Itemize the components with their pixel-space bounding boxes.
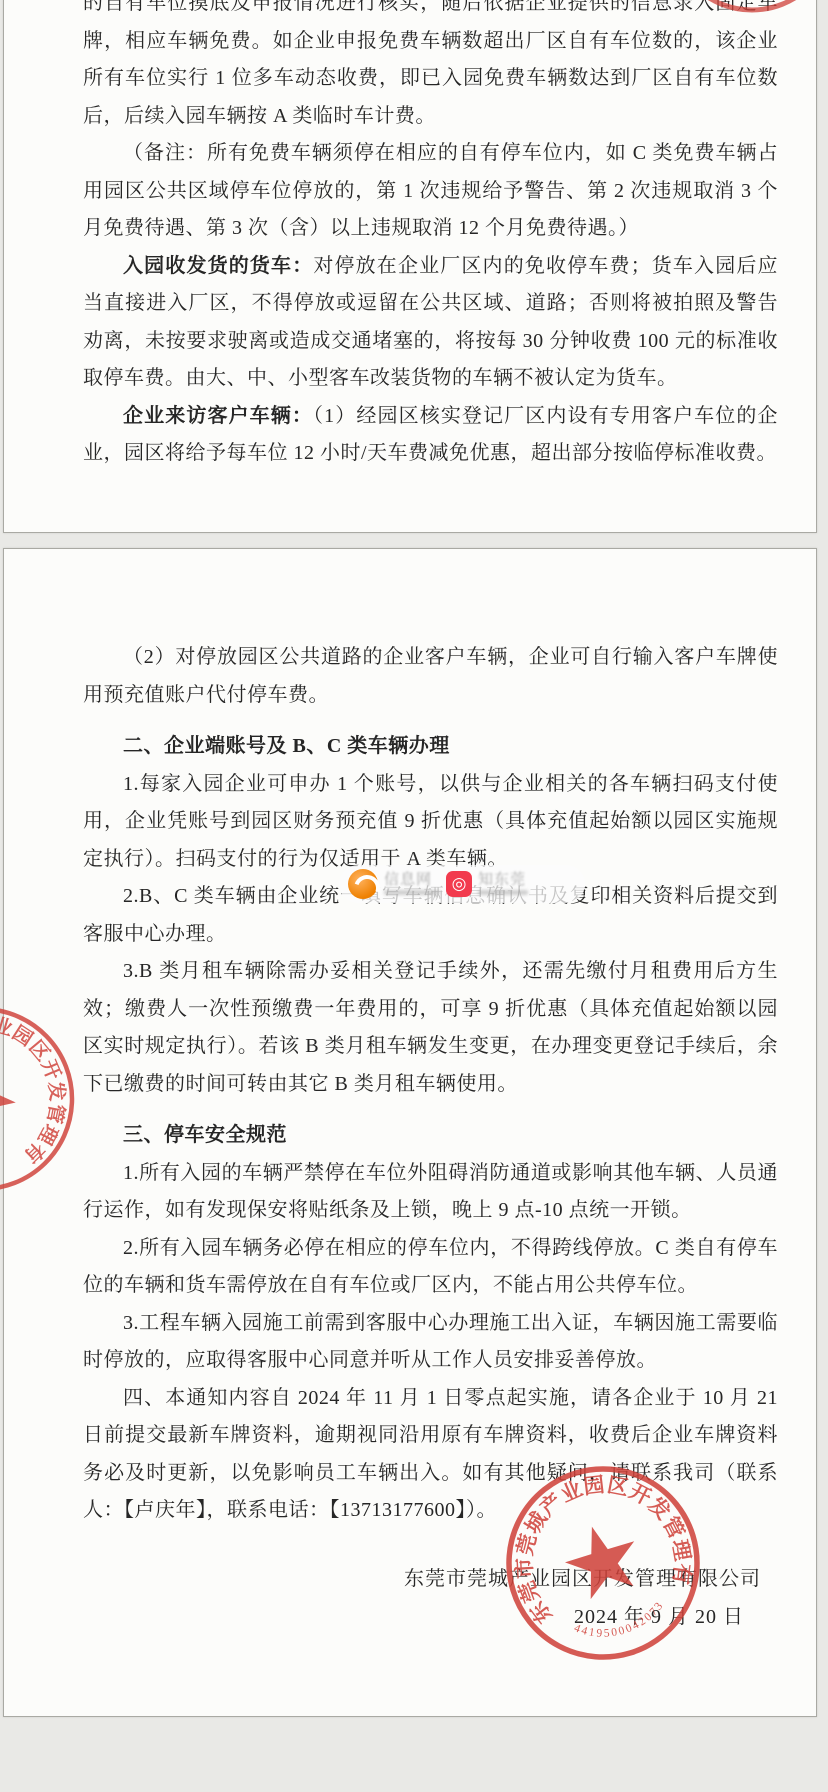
paragraph: 1.每家入园企业可申办 1 个账号，以供与企业相关的各车辆扫码支付使用，企业凭账…	[83, 766, 778, 879]
paragraph: （备注：所有免费车辆须停在相应的自有停车位内，如 C 类免费车辆占用园区公共区域…	[83, 135, 778, 248]
svg-text:4419500042073: 4419500042073	[0, 1123, 2, 1182]
paragraph: 四、本通知内容自 2024 年 11 月 1 日零点起实施，请各企业于 10 月…	[83, 1380, 778, 1530]
paragraph: 2.所有入园车辆务必停在相应的停车位内，不得跨线停放。C 类自有停车位的车辆和货…	[83, 1230, 778, 1305]
paragraph: 3.B 类月租车辆除需办妥相关登记手续外，还需先缴付月租费用后方生效；缴费人一次…	[83, 953, 778, 1103]
signature-company: 东莞市莞城产业园区开发管理有限公司	[4, 1560, 816, 1598]
paragraph: 的自有车位摸底及申报情况进行核实，随后依据企业提供的信息录入固定车牌，相应车辆免…	[83, 0, 778, 135]
document-viewer[interactable]: 的自有车位摸底及申报情况进行核实，随后依据企业提供的信息录入固定车牌，相应车辆免…	[0, 0, 828, 1792]
section-heading: 二、企业端账号及 B、C 类车辆办理	[83, 728, 778, 766]
page-2: （2）对停放园区公共道路的企业客户车辆，企业可自行输入客户车牌使用预充值账户代付…	[3, 548, 817, 1717]
watermark-label-2: 知东莞	[478, 873, 528, 895]
paragraph: 企业来访客户车辆：（1）经园区核实登记厂区内设有专用客户车位的企业，园区将给予每…	[83, 398, 778, 473]
watermark-subtext-bar	[478, 890, 528, 895]
watermark-label-1: 信息网	[384, 873, 440, 895]
paragraph: 入园收发货的货车：对停放在企业厂区内的免收停车费；货车入园后应当直接进入厂区，不…	[83, 248, 778, 398]
section-heading: 三、停车安全规范	[83, 1117, 778, 1155]
page-1: 的自有车位摸底及申报情况进行核实，随后依据企业提供的信息录入固定车牌，相应车辆免…	[3, 0, 817, 533]
paragraph: （2）对停放园区公共道路的企业客户车辆，企业可自行输入客户车牌使用预充值账户代付…	[83, 639, 778, 714]
paragraph: 3.工程车辆入园施工前需到客服中心办理施工出入证，车辆因施工需要临时停放的，应取…	[83, 1305, 778, 1380]
news-watermark: 信息网 ◎ 知东莞	[339, 865, 585, 903]
page2-text: （2）对停放园区公共道路的企业客户车辆，企业可自行输入客户车牌使用预充值账户代付…	[4, 549, 816, 1530]
paragraph-lead: 入园收发货的货车：	[123, 255, 313, 277]
page1-text: 的自有车位摸底及申报情况进行核实，随后依据企业提供的信息录入固定车牌，相应车辆免…	[4, 0, 816, 473]
watermark-subtext-bar	[384, 890, 440, 895]
signature-date: 2024 年 9 月 20 日	[4, 1598, 816, 1636]
paragraph-lead: 企业来访客户车辆：	[123, 405, 313, 427]
paragraph: 1.所有入园的车辆严禁停在车位外阻碍消防通道或影响其他车辆、人员通行运作，如有发…	[83, 1155, 778, 1230]
orange-logo-icon	[348, 869, 378, 899]
red-app-icon: ◎	[446, 871, 472, 897]
